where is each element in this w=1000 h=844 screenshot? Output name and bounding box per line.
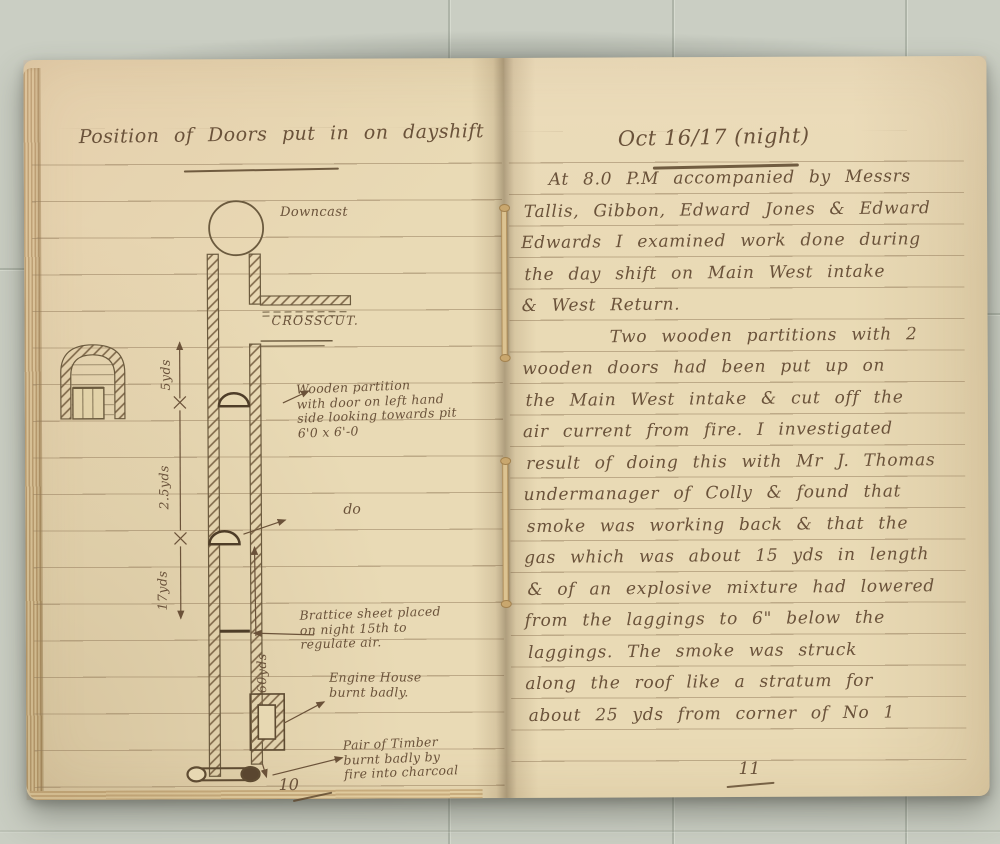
journal-line: air current from fire. I investigated (523, 413, 965, 449)
engine-house-note: Engine House burnt badly. (329, 670, 422, 699)
downcast-label: Downcast (280, 205, 348, 220)
journal-line: laggings. The smoke was struck (528, 633, 967, 669)
journal-line: the Main West intake & cut off the (525, 381, 964, 417)
page-number-underline (727, 782, 775, 788)
journal-line: Edwards I examined work done during (521, 224, 963, 260)
mine-shaft-diagram (24, 173, 487, 800)
timber-note: Pair of Timber burnt badly by fire into … (343, 734, 459, 782)
journal-entry-text: At 8.0 P.M accompanied by MessrsTallis, … (520, 161, 967, 732)
left-page-number: 10 (279, 775, 299, 794)
title-underline (184, 168, 339, 173)
entry-date-heading: Oct 16/17 (night) (594, 123, 834, 151)
journal-line: about 25 yds from corner of No 1 (529, 696, 968, 732)
measurement-2-5yds: 2.5yds (156, 465, 171, 509)
journal-line: from the laggings to 6" below the (525, 602, 967, 638)
engine-house-box (250, 694, 284, 750)
downcast-shaft-circle (209, 201, 263, 255)
journal-line: wooden doors had been put up on (522, 350, 964, 386)
journal-line: result of doing this with Mr J. Thomas (526, 444, 965, 480)
crosscut-label: CROSSCUT. (271, 313, 359, 328)
tile-seam (0, 830, 1000, 832)
notebook: Position of Doors put in on dayshift (23, 56, 989, 800)
journal-line: At 8.0 P.M accompanied by Messrs (520, 161, 962, 197)
journal-line: smoke was working back & that the (527, 507, 966, 543)
brattice-sheet-note: Brattice sheet placed on night 15th to r… (299, 604, 442, 652)
journal-line: the day shift on Main West intake (524, 255, 963, 291)
wooden-partition-note: Wooden partition with door on left hand … (296, 376, 458, 440)
journal-line: & West Return. (522, 287, 964, 323)
journal-line: Two wooden partitions with 2 (525, 318, 964, 354)
door-symbol-upper (219, 393, 249, 406)
photo-background: Position of Doors put in on dayshift (0, 0, 1000, 844)
binding-stitch (502, 460, 509, 605)
journal-line: gas which was about 15 yds in length (524, 539, 966, 575)
left-page-title: Position of Doors put in on dayshift (79, 120, 509, 148)
binding-stitch (501, 207, 508, 359)
journal-line: along the roof like a stratum for (525, 665, 967, 701)
journal-line: undermanager of Colly & found that (523, 476, 965, 512)
measurement-17yds: 17yds (155, 571, 170, 611)
journal-line: & of an explosive mixture had lowered (527, 570, 966, 606)
measurement-5yds: 5yds (158, 359, 173, 391)
journal-line: Tallis, Gibbon, Edward Jones & Edward (524, 192, 963, 228)
measurement-60yds: 60yds (254, 653, 269, 693)
ditto-label: do (343, 502, 360, 518)
tunnel-arch-sketch (61, 345, 125, 419)
shaft-bottom-pipe (187, 767, 259, 781)
right-page-number: 11 (738, 759, 760, 779)
